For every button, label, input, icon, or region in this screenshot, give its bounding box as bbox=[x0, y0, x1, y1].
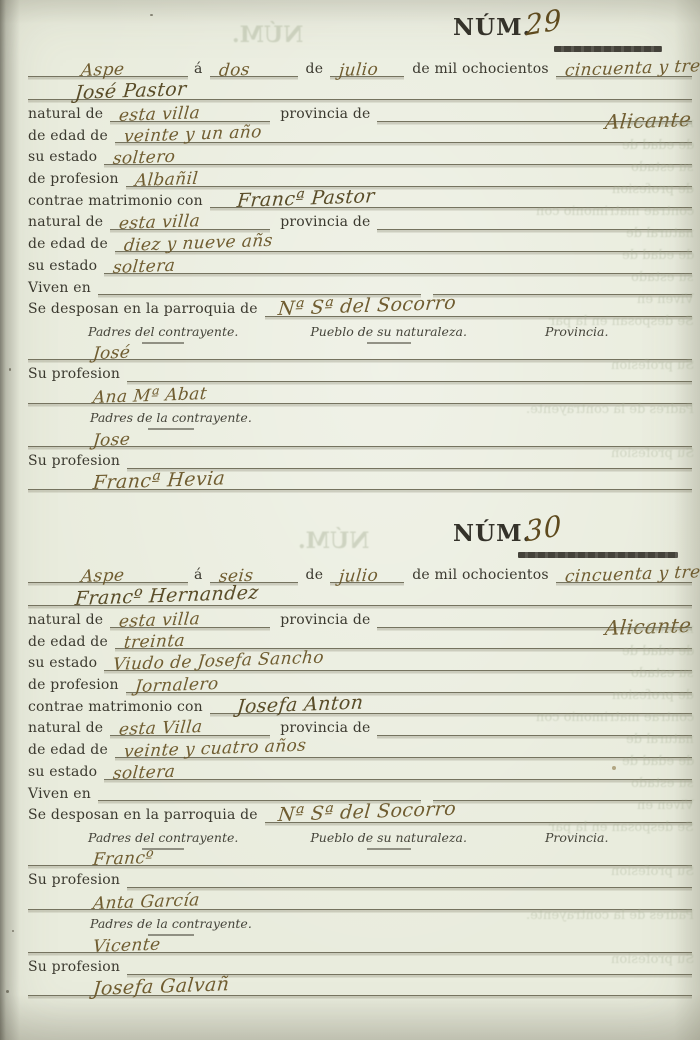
register-page-scan: NÚM. 29 Aspe á dos de julio de mil ochoc… bbox=[0, 0, 700, 1040]
groom-natural-blank: esta villa bbox=[110, 99, 270, 122]
bride-father-profession-row: Su profesion bbox=[28, 447, 692, 469]
header-provincia: Provincia. bbox=[545, 324, 608, 339]
label-natural-de: natural de bbox=[28, 613, 110, 628]
parish-row: Se desposan en la parroquia de Nª Sª del… bbox=[28, 295, 692, 317]
viven-en-row: Viven en bbox=[28, 780, 692, 802]
bride-parents-header-row: Padres de la contrayente. bbox=[28, 404, 692, 426]
place-blank: Aspe bbox=[28, 51, 188, 77]
label-su-profesion: Su profesion bbox=[28, 960, 127, 975]
label-se-desposan: Se desposan en la parroquia de bbox=[28, 302, 265, 317]
groom-father-row: José bbox=[28, 339, 692, 361]
label-de-mil-ochocientos: de mil ochocientos bbox=[404, 62, 556, 77]
label-a: á bbox=[188, 62, 210, 77]
handwritten-bride-mother: Francª Hevia bbox=[92, 468, 226, 495]
label-provincia-de: provincia de bbox=[270, 107, 377, 122]
label-de-profesion: de profesion bbox=[28, 678, 126, 693]
bride-father-row: Vicente bbox=[28, 931, 692, 953]
groom-status-blank: Viudo de Josefa Sancho bbox=[104, 648, 692, 671]
groom-name-row: Francº Hernandez bbox=[28, 583, 692, 606]
record-number-handwritten: 30 bbox=[525, 509, 563, 549]
groom-mother-blank: Anta García bbox=[28, 887, 692, 910]
groom-father-profession-row: Su profesion bbox=[28, 866, 692, 888]
bride-natural-row: natural de esta Villa provincia de bbox=[28, 714, 692, 736]
bride-father-profession-blank bbox=[127, 446, 692, 469]
bride-parents-header-row: Padres de la contrayente. bbox=[28, 910, 692, 932]
label-provincia-de: provincia de bbox=[270, 613, 377, 628]
label-su-profesion: Su profesion bbox=[28, 367, 127, 382]
label-de-edad-de: de edad de bbox=[28, 743, 115, 758]
bride-natural-blank: esta villa bbox=[110, 207, 270, 230]
groom-name-blank: Francº Hernandez bbox=[28, 582, 692, 606]
bride-provincia-blank bbox=[377, 713, 692, 736]
groom-status-row: su estado soltero bbox=[28, 143, 692, 165]
record-number-row: NÚM. 30 bbox=[28, 516, 692, 558]
bride-father-profession-blank bbox=[127, 952, 692, 975]
bride-age-blank: diez y nueve añs bbox=[115, 229, 692, 252]
groom-father-profession-blank bbox=[127, 865, 692, 888]
paper-speck bbox=[12, 930, 14, 932]
paper-speck bbox=[9, 368, 11, 371]
date-row: Aspe á seis de julio de mil ochocientos … bbox=[28, 558, 692, 583]
groom-age-blank: veinte y un año bbox=[115, 121, 692, 144]
num-label: NÚM. bbox=[453, 14, 532, 41]
groom-provincia-blank: Alicante bbox=[377, 99, 692, 122]
num-label: NÚM. bbox=[453, 520, 532, 547]
viven-en-row: Viven en bbox=[28, 274, 692, 296]
bride-age-row: de edad de veinte y cuatro años bbox=[28, 736, 692, 758]
handwritten-parish: Nª Sª del Socorro bbox=[277, 292, 457, 320]
header-provincia: Provincia. bbox=[545, 830, 608, 845]
header-padres-de-la-contrayente: Padres de la contrayente. bbox=[90, 410, 252, 425]
bride-name-blank: Francª Pastor bbox=[210, 186, 692, 209]
bride-father-row: Jose bbox=[28, 425, 692, 447]
bride-mother-blank: Francª Hevia bbox=[28, 468, 692, 491]
bride-status-row: su estado soltera bbox=[28, 758, 692, 780]
marriage-record: NÚM. 29 Aspe á dos de julio de mil ochoc… bbox=[28, 10, 692, 506]
groom-natural-row: natural de esta villa provincia de Alica… bbox=[28, 100, 692, 122]
label-de-edad-de: de edad de bbox=[28, 635, 115, 650]
viven-en-blank bbox=[98, 779, 421, 802]
header-pueblo-de-su-naturaleza: Pueblo de su naturaleza. bbox=[310, 830, 467, 845]
bride-status-blank: soltera bbox=[104, 251, 692, 274]
groom-mother-row: Anta García bbox=[28, 888, 692, 910]
parish-blank: Nª Sª del Socorro bbox=[265, 294, 692, 317]
viven-en-blank-2 bbox=[433, 779, 692, 802]
label-viven-en: Viven en bbox=[28, 787, 98, 802]
label-su-estado: su estado bbox=[28, 150, 104, 165]
label-de-edad-de: de edad de bbox=[28, 237, 115, 252]
label-su-profesion: Su profesion bbox=[28, 873, 127, 888]
groom-father-blank: Francº bbox=[28, 844, 692, 867]
label-de-profesion: de profesion bbox=[28, 172, 126, 187]
parents-header-row: Padres del contrayente. Pueblo de su nat… bbox=[28, 823, 692, 845]
place-blank: Aspe bbox=[28, 557, 188, 583]
bride-name-blank: Josefa Anton bbox=[210, 692, 692, 715]
paper-speck bbox=[6, 990, 9, 993]
label-provincia-de: provincia de bbox=[270, 215, 377, 230]
label-de: de bbox=[298, 62, 331, 77]
day-blank: dos bbox=[210, 51, 298, 77]
header-padres-del-contrayente: Padres del contrayente. bbox=[88, 324, 238, 339]
label-contrae-matrimonio-con: contrae matrimonio con bbox=[28, 194, 210, 209]
label-de-edad-de: de edad de bbox=[28, 129, 115, 144]
month-blank: julio bbox=[330, 557, 404, 583]
bride-father-blank: Jose bbox=[28, 424, 692, 447]
header-padres-del-contrayente: Padres del contrayente. bbox=[88, 830, 238, 845]
header-padres-de-la-contrayente: Padres de la contrayente. bbox=[90, 916, 252, 931]
groom-status-row: su estado Viudo de Josefa Sancho bbox=[28, 649, 692, 671]
label-de-mil-ochocientos: de mil ochocientos bbox=[404, 568, 556, 583]
bride-status-blank: soltera bbox=[104, 757, 692, 780]
groom-profession-blank: Albañil bbox=[126, 164, 692, 187]
groom-name-row: José Pastor bbox=[28, 77, 692, 100]
groom-father-row: Francº bbox=[28, 845, 692, 867]
record-number-handwritten: 29 bbox=[525, 3, 563, 43]
label-natural-de: natural de bbox=[28, 215, 110, 230]
label-su-profesion: Su profesion bbox=[28, 454, 127, 469]
parish-blank: Nª Sª del Socorro bbox=[265, 800, 692, 823]
viven-en-blank-2 bbox=[433, 273, 692, 296]
year-blank: cincuenta y tres bbox=[556, 557, 692, 583]
bride-provincia-blank bbox=[377, 207, 692, 230]
label-su-estado: su estado bbox=[28, 765, 104, 780]
bride-father-profession-row: Su profesion bbox=[28, 953, 692, 975]
parents-header-row: Padres del contrayente. Pueblo de su nat… bbox=[28, 317, 692, 339]
groom-profession-blank: Jornalero bbox=[126, 670, 692, 693]
parish-row: Se desposan en la parroquia de Nª Sª del… bbox=[28, 801, 692, 823]
record-number-row: NÚM. 29 bbox=[28, 10, 692, 52]
groom-name-blank: José Pastor bbox=[28, 76, 692, 100]
date-row: Aspe á dos de julio de mil ochocientos c… bbox=[28, 52, 692, 77]
year-blank: cincuenta y tres bbox=[556, 51, 692, 77]
day-blank: seis bbox=[210, 557, 298, 583]
bride-mother-row: Josefa Galvañ bbox=[28, 975, 692, 997]
groom-age-row: de edad de treinta bbox=[28, 628, 692, 650]
handwritten-bride-mother: Josefa Galvañ bbox=[92, 974, 230, 1001]
label-natural-de: natural de bbox=[28, 721, 110, 736]
bride-name-row: contrae matrimonio con Josefa Anton bbox=[28, 693, 692, 715]
marriage-record: NÚM. 30 Aspe á seis de julio de mil ocho… bbox=[28, 516, 692, 1012]
label-contrae-matrimonio-con: contrae matrimonio con bbox=[28, 700, 210, 715]
label-se-desposan: Se desposan en la parroquia de bbox=[28, 808, 265, 823]
groom-profession-row: de profesion Jornalero bbox=[28, 671, 692, 693]
groom-age-blank: treinta bbox=[115, 627, 692, 650]
label-provincia-de: provincia de bbox=[270, 721, 377, 736]
bride-age-row: de edad de diez y nueve añs bbox=[28, 230, 692, 252]
groom-natural-blank: esta villa bbox=[110, 605, 270, 628]
label-a: á bbox=[188, 568, 210, 583]
groom-status-blank: soltero bbox=[104, 142, 692, 165]
groom-mother-blank: Ana Mª Abat bbox=[28, 381, 692, 404]
handwritten-parish: Nª Sª del Socorro bbox=[277, 798, 457, 826]
groom-profession-row: de profesion Albañil bbox=[28, 165, 692, 187]
label-viven-en: Viven en bbox=[28, 281, 98, 296]
label-su-estado: su estado bbox=[28, 656, 104, 671]
groom-natural-row: natural de esta villa provincia de Alica… bbox=[28, 606, 692, 628]
label-natural-de: natural de bbox=[28, 107, 110, 122]
bride-natural-row: natural de esta villa provincia de bbox=[28, 208, 692, 230]
month-blank: julio bbox=[330, 51, 404, 77]
bride-name-row: contrae matrimonio con Francª Pastor bbox=[28, 187, 692, 209]
groom-father-blank: José bbox=[28, 338, 692, 361]
groom-age-row: de edad de veinte y un año bbox=[28, 122, 692, 144]
bride-mother-row: Francª Hevia bbox=[28, 469, 692, 491]
label-de: de bbox=[298, 568, 331, 583]
header-pueblo-de-su-naturaleza: Pueblo de su naturaleza. bbox=[310, 324, 467, 339]
groom-mother-row: Ana Mª Abat bbox=[28, 382, 692, 404]
bride-mother-blank: Josefa Galvañ bbox=[28, 974, 692, 997]
groom-provincia-blank: Alicante bbox=[377, 605, 692, 628]
groom-father-profession-row: Su profesion bbox=[28, 360, 692, 382]
bride-natural-blank: esta Villa bbox=[110, 713, 270, 736]
label-su-estado: su estado bbox=[28, 259, 104, 274]
bride-father-blank: Vicente bbox=[28, 930, 692, 953]
bride-age-blank: veinte y cuatro años bbox=[115, 735, 692, 758]
groom-father-profession-blank bbox=[127, 359, 692, 382]
viven-en-blank bbox=[98, 273, 421, 296]
bride-status-row: su estado soltera bbox=[28, 252, 692, 274]
